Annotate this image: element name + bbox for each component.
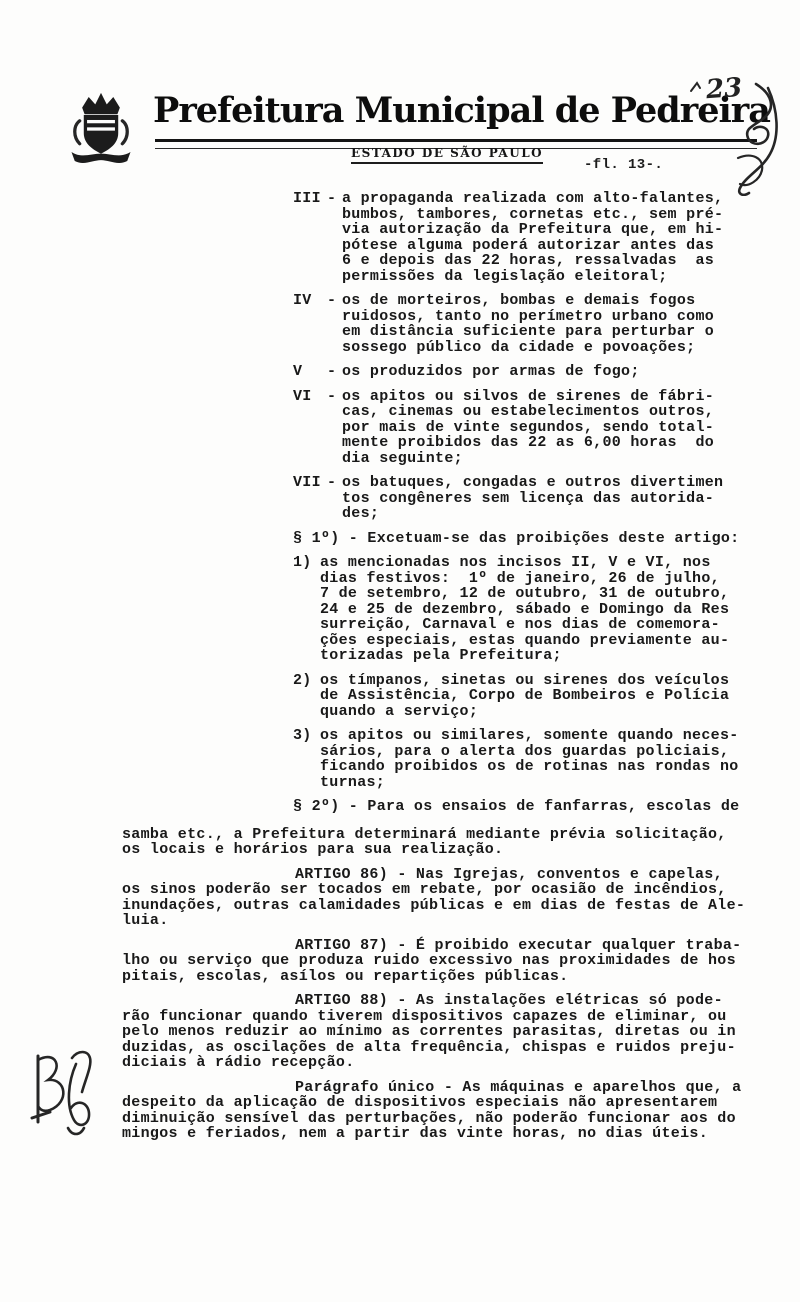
signature-flourish-icon (716, 80, 790, 196)
list-item-iv: IV - os de morteiros, bombas e demais fo… (293, 293, 770, 355)
paragrafo-unico-paragraph: Parágrafo único - As máquinas e aparelho… (122, 1080, 770, 1142)
handwritten-tick-mark (689, 80, 707, 94)
numbered-item-text: os tímpanos, sinetas ou sirenes dos veíc… (320, 673, 729, 720)
scanned-document-page: Prefeitura Municipal de Pedreira ESTADO … (0, 0, 800, 1302)
list-item-text: a propaganda realizada com alto-falantes… (342, 191, 723, 284)
page-subtitle: ESTADO DE SÃO PAULO (351, 146, 543, 164)
paragraph-2-continuation: samba etc., a Prefeitura determinará med… (122, 827, 770, 858)
page-title: Prefeitura Municipal de Pedreira (153, 90, 713, 131)
document-body: III - a propaganda realizada com alto-fa… (122, 191, 770, 1151)
list-item-numeral: VII (293, 475, 327, 522)
artigo-86-paragraph: ARTIGO 86) - Nas Igrejas, conventos e ca… (122, 867, 770, 929)
list-item-numeral: IV (293, 293, 327, 355)
numbered-item-1: 1) as mencionadas nos incisos II, V e VI… (293, 555, 770, 664)
list-item-dash: - (327, 364, 342, 380)
list-item-text: os produzidos por armas de fogo; (342, 364, 640, 380)
numbered-item-2: 2) os tímpanos, sinetas ou sirenes dos v… (293, 673, 770, 720)
list-item-text: os batuques, congadas e outros divertime… (342, 475, 723, 522)
folio-number: -fl. 13-. (584, 157, 663, 173)
numbered-item-text: os apitos ou similares, somente quando n… (320, 728, 739, 790)
artigo-88-paragraph: ARTIGO 88) - As instalações elétricas só… (122, 993, 770, 1071)
list-item-dash: - (327, 475, 342, 522)
list-item-numeral: V (293, 364, 327, 380)
list-item-numeral: III (293, 191, 327, 284)
list-item-vi: VI - os apitos ou silvos de sirenes de f… (293, 389, 770, 467)
artigo-87-paragraph: ARTIGO 87) - É proibido executar qualque… (122, 938, 770, 985)
list-item-iii: III - a propaganda realizada com alto-fa… (293, 191, 770, 284)
numbered-item-3: 3) os apitos ou similares, somente quand… (293, 728, 770, 790)
list-item-text: os apitos ou silvos de sirenes de fábri-… (342, 389, 714, 467)
numbered-item-marker: 2) (293, 673, 320, 720)
paragraph-2-heading: § 2º) - Para os ensaios de fanfarras, es… (293, 799, 770, 815)
paragraph-1-heading: § 1º) - Excetuam-se das proibições deste… (293, 531, 770, 547)
coat-of-arms-icon (60, 86, 142, 172)
list-item-dash: - (327, 293, 342, 355)
list-item-v: V - os produzidos por armas de fogo; (293, 364, 770, 380)
numbered-item-marker: 1) (293, 555, 320, 664)
numbered-item-marker: 3) (293, 728, 320, 790)
list-item-dash: - (327, 191, 342, 284)
list-item-text: os de morteiros, bombas e demais fogos r… (342, 293, 714, 355)
list-item-vii: VII - os batuques, congadas e outros div… (293, 475, 770, 522)
list-item-numeral: VI (293, 389, 327, 467)
numbered-item-text: as mencionadas nos incisos II, V e VI, n… (320, 555, 729, 664)
initials-scribble-icon (24, 1048, 116, 1152)
list-item-dash: - (327, 389, 342, 467)
